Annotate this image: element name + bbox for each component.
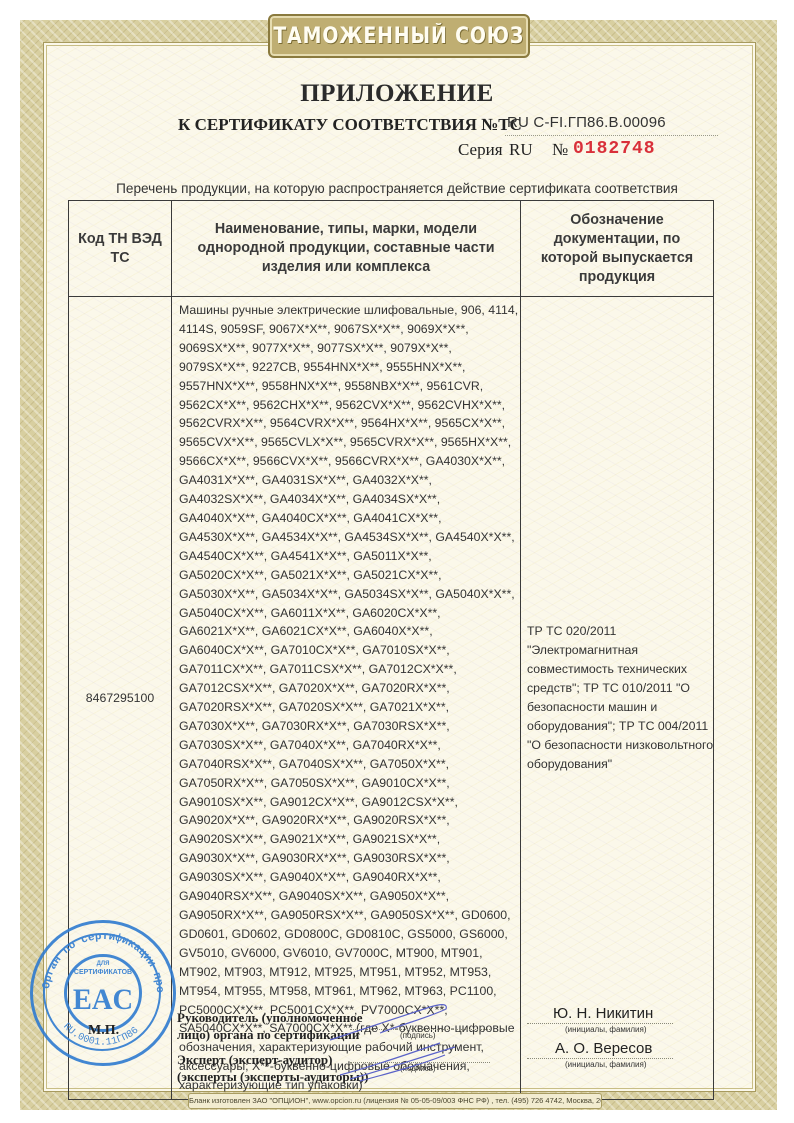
product-line: GA7040RSX*X**, GA7040SX*X**, GA7050X*X**…	[179, 755, 520, 774]
product-line: GA9020X*X**, GA9020RX*X**, GA9020RSX*X**…	[179, 811, 520, 830]
expert-name-hint: (инициалы, фамилия)	[565, 1060, 647, 1069]
stamp-top-text: СЕРТИФИКАТОВ	[33, 969, 173, 976]
product-line: GA9010SX*X**, GA9012CX*X**, GA9012CSX*X*…	[179, 793, 520, 812]
product-line: GA7030SX*X**, GA7040X*X**, GA7040RX*X**,	[179, 736, 520, 755]
product-line: 9566CX*X**, 9566CVX*X**, 9566CVRX*X**, G…	[179, 452, 520, 471]
number-sign: №	[552, 140, 568, 160]
header-documentation: Обозначение документации, по которой вып…	[521, 201, 714, 297]
product-line: 9562CVRX*X**, 9564CVRX*X**, 9564HX*X**, …	[179, 414, 520, 433]
eac-mark: EAC	[37, 983, 170, 1017]
product-line: GA4032SX*X**, GA4034X*X**, GA4034SX*X**,	[179, 490, 520, 509]
product-line: GA4031X*X**, GA4031SX*X**, GA4032X*X**,	[179, 471, 520, 490]
certificate-number: RU C-FI.ГП86.В.00096	[507, 114, 666, 131]
product-line: 4114S, 9059SF, 9067X*X**, 9067SX*X**, 90…	[179, 320, 520, 339]
product-list-cell: Машины ручные электрические шлифовальные…	[172, 297, 521, 1100]
series-label: Серия	[458, 140, 503, 160]
product-line: GA9030X*X**, GA9030RX*X**, GA9030RSX*X**…	[179, 849, 520, 868]
certificate-subtitle: К СЕРТИФИКАТУ СООТВЕТСТВИЯ №ТС	[178, 115, 522, 135]
series-code: RU	[509, 140, 533, 160]
product-line: GA7030X*X**, GA7030RX*X**, GA7030RSX*X**…	[179, 717, 520, 736]
product-line: GA7012CSX*X**, GA7020X*X**, GA7020RX*X**…	[179, 679, 520, 698]
product-line: Машины ручные электрические шлифовальные…	[179, 301, 520, 320]
expert-name-line	[527, 1058, 673, 1059]
product-line: GD0601, GD0602, GD0800C, GD0810C, GS5000…	[179, 925, 520, 944]
table-header-row: Код ТН ВЭД ТС Наименование, типы, марки,…	[69, 201, 714, 297]
eac-certification-stamp: Орган по сертификации продукции RU.0001.…	[30, 920, 176, 1066]
product-line: GA6021X*X**, GA6021CX*X**, GA6040X*X**,	[179, 622, 520, 641]
product-line: 9565CVX*X**, 9565CVLX*X**, 9565CVRX*X**,…	[179, 433, 520, 452]
serial-number: 0182748	[573, 139, 656, 159]
product-line: GA9020SX*X**, GA9021X*X**, GA9021SX*X**,	[179, 830, 520, 849]
product-line: 9079SX*X**, 9227CB, 9554HNX*X**, 9555HNX…	[179, 358, 520, 377]
product-line: GA7050RX*X**, GA7050SX*X**, GA9010CX*X**…	[179, 774, 520, 793]
product-line: GA7020RSX*X**, GA7020SX*X**, GA7021X*X**…	[179, 698, 520, 717]
product-line: MT902, MT903, MT912, MT925, MT951, MT952…	[179, 963, 520, 982]
documentation-line: средств"; ТР ТС 010/2011 "О	[527, 679, 713, 698]
product-line: GV5010, GV6000, GV6010, GV7000C, MT900, …	[179, 944, 520, 963]
header-product-name: Наименование, типы, марки, модели одноро…	[172, 201, 521, 297]
product-line: GA5030X*X**, GA5034X*X**, GA5034SX*X**, …	[179, 585, 520, 604]
product-line: GA5020CX*X**, GA5021X*X**, GA5021CX*X**,	[179, 566, 520, 585]
seal-place-label: М.П.	[88, 1023, 119, 1039]
product-line: 9069SX*X**, 9077X*X**, 9077SX*X**, 9079X…	[179, 339, 520, 358]
product-line: GA9030SX*X**, GA9040X*X**, GA9040RX*X**,	[179, 868, 520, 887]
product-line: GA9040RSX*X**, GA9040SX*X**, GA9050X*X**…	[179, 887, 520, 906]
head-name: Ю. Н. Никитин	[553, 1005, 653, 1022]
product-line: GA5040CX*X**, GA6011X*X**, GA6020CX*X**,	[179, 604, 520, 623]
header-hs-code: Код ТН ВЭД ТС	[69, 201, 172, 297]
customs-union-banner: ТАМОЖЕННЫЙ СОЮЗ	[268, 14, 530, 58]
certificate-number-underline	[505, 135, 718, 136]
documentation-line: безопасности машин и	[527, 698, 713, 717]
documentation-line: совместимость технических	[527, 660, 713, 679]
product-line: GA9050RX*X**, GA9050RSX*X**, GA9050SX*X*…	[179, 906, 520, 925]
product-line: GA7011CX*X**, GA7011CSX*X**, GA7012CX*X*…	[179, 660, 520, 679]
expert-name: А. О. Вересов	[555, 1040, 652, 1057]
product-line: GA6040CX*X**, GA7010CX*X**, GA7010SX*X**…	[179, 641, 520, 660]
product-list-caption: Перечень продукции, на которую распростр…	[0, 181, 794, 196]
product-line: GA4530X*X**, GA4534X*X**, GA4534SX*X**, …	[179, 528, 520, 547]
documentation-line: оборудования"	[527, 755, 713, 774]
banner-text: ТАМОЖЕННЫЙ СОЮЗ	[274, 24, 525, 49]
page-title: ПРИЛОЖЕНИЕ	[0, 80, 794, 108]
documentation-cell: ТР ТС 020/2011"Электромагнитнаясовместим…	[521, 297, 714, 1100]
head-name-line	[527, 1023, 673, 1024]
handwritten-signatures	[320, 995, 470, 1085]
documentation-line: ТР ТС 020/2011	[527, 622, 713, 641]
documentation-line: "Электромагнитная	[527, 641, 713, 660]
documentation-line: "О безопасности низковольтного	[527, 736, 713, 755]
head-name-hint: (инициалы, фамилия)	[565, 1025, 647, 1034]
stamp-top-small: ДЛЯ	[33, 961, 173, 967]
product-line: 9557HNX*X**, 9558HNX*X**, 9558NBX*X**, 9…	[179, 377, 520, 396]
product-line: GA4040X*X**, GA4040CX*X**, GA4041CX*X**,	[179, 509, 520, 528]
form-footer: Бланк изготовлен ЗАО "ОПЦИОН", www.opcio…	[188, 1093, 602, 1109]
documentation-line: оборудования"; ТР ТС 004/2011	[527, 717, 713, 736]
product-line: GA4540CX*X**, GA4541X*X**, GA5011X*X**,	[179, 547, 520, 566]
product-line: 9562CX*X**, 9562CHX*X**, 9562CVX*X**, 95…	[179, 396, 520, 415]
